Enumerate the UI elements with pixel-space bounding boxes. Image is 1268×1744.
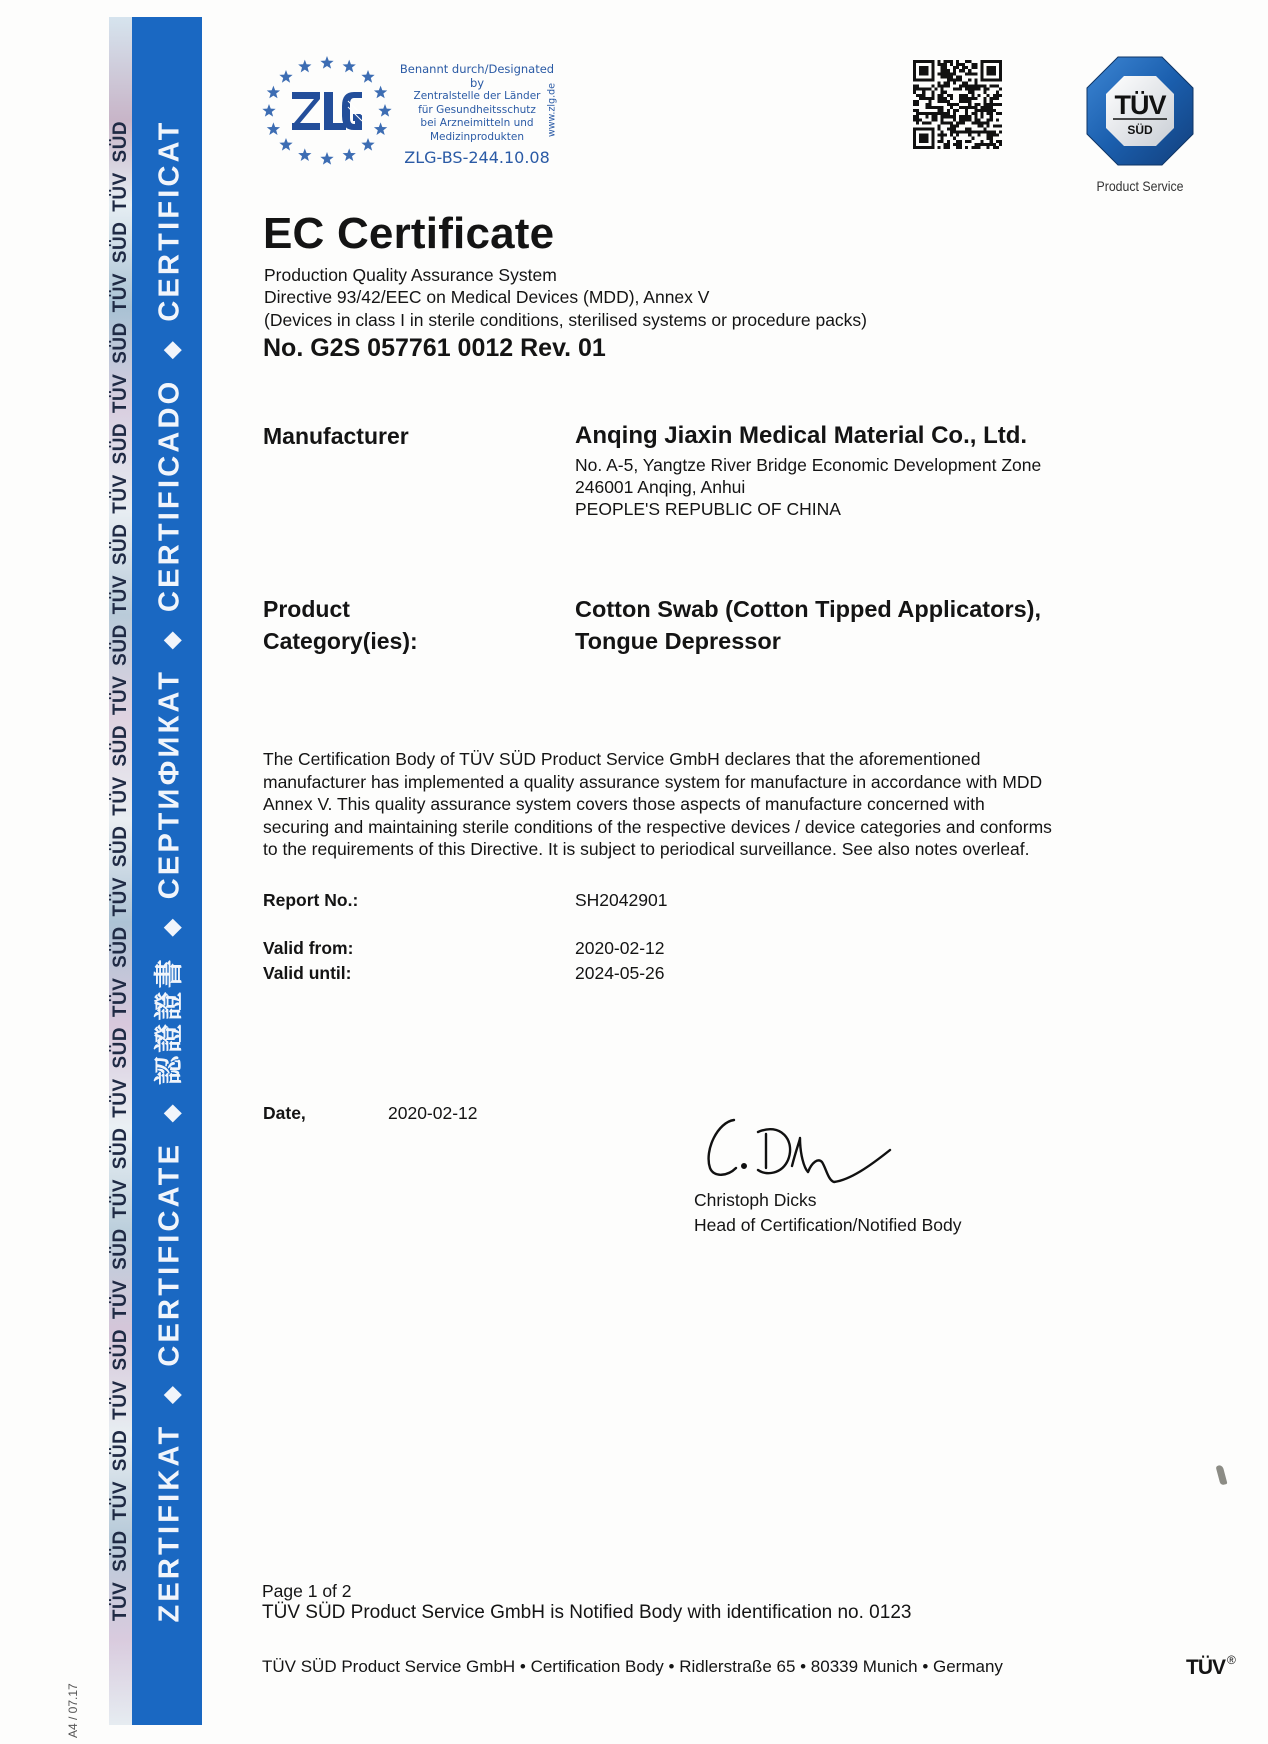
declaration-line: The Certification Body of TÜV SÜD Produc… xyxy=(263,748,1168,771)
report-number-value: SH2042901 xyxy=(575,890,667,911)
registered-icon: ® xyxy=(1227,1653,1235,1667)
manufacturer-name: Anqing Jiaxin Medical Material Co., Ltd. xyxy=(575,420,1027,452)
product-value: Cotton Swab (Cotton Tipped Applicators), xyxy=(575,593,1041,625)
product-value: Tongue Depressor xyxy=(575,625,781,657)
page-indicator: Page 1 of 2 xyxy=(262,1581,352,1602)
tuv-mark-text: TÜV xyxy=(1186,1656,1225,1679)
signatory-name: Christoph Dicks xyxy=(694,1188,962,1213)
certificate-subtitle: Production Quality Assurance System xyxy=(264,264,557,287)
declaration-line: to the requirements of this Directive. I… xyxy=(263,838,1168,861)
certificate-subtitle: Directive 93/42/EEC on Medical Devices (… xyxy=(264,286,709,309)
manufacturer-address-line: PEOPLE'S REPUBLIC OF CHINA xyxy=(575,498,841,521)
issuer-address: TÜV SÜD Product Service GmbH • Certifica… xyxy=(262,1657,1003,1677)
date-value: 2020-02-12 xyxy=(388,1103,478,1124)
svg-text:SÜD: SÜD xyxy=(1127,122,1153,137)
zlg-designated-by: Benannt durch/Designated by xyxy=(392,62,562,90)
certificate-band: ZERTIFIKAT◆CERTIFICATE◆認證證書◆СЕРТИФИКАТ◆C… xyxy=(132,17,202,1725)
certificate-subtitle: (Devices in class I in sterile condition… xyxy=(264,309,867,332)
form-code-text: A4 / 07.17 xyxy=(66,1683,80,1738)
zlg-org-line: Zentralstelle der Länder xyxy=(392,90,562,104)
valid-from-label: Valid from: xyxy=(263,938,353,959)
zlg-code: ZLG-BS-244.10.08 xyxy=(392,148,562,167)
notified-body-statement: TÜV SÜD Product Service GmbH is Notified… xyxy=(262,1602,911,1624)
manufacturer-address-line: No. A-5, Yangtze River Bridge Economic D… xyxy=(575,454,1041,477)
manufacturer-label: Manufacturer xyxy=(263,420,409,452)
svg-text:TÜV: TÜV xyxy=(1115,90,1167,120)
tuv-sud-logo-icon: TÜV SÜD xyxy=(1086,56,1194,166)
hologram-text: TÜV SÜD TÜV SÜD TÜV SÜD TÜV SÜD TÜV SÜD … xyxy=(110,121,132,1621)
declaration-line: securing and maintaining sterile conditi… xyxy=(263,816,1168,839)
valid-until-label: Valid until: xyxy=(263,963,351,984)
tuv-caption: Product Service xyxy=(1078,178,1201,194)
manufacturer-address-line: 246001 Anqing, Anhui xyxy=(575,476,745,499)
declaration-line: Annex V. This quality assurance system c… xyxy=(263,793,1168,816)
zlg-org-line: Medizinprodukten xyxy=(392,131,562,145)
signatory-role: Head of Certification/Notified Body xyxy=(694,1213,962,1238)
tuv-trademark: TÜV® xyxy=(1186,1653,1235,1680)
zlg-url: www.zlg.de xyxy=(547,83,558,137)
product-label: Category(ies): xyxy=(263,625,418,657)
signatory: Christoph Dicks Head of Certification/No… xyxy=(694,1188,962,1238)
qr-code-icon[interactable] xyxy=(913,59,1002,150)
certificate-band-text: ZERTIFIKAT◆CERTIFICATE◆認證證書◆СЕРТИФИКАТ◆C… xyxy=(147,119,188,1622)
report-number-label: Report No.: xyxy=(263,890,358,911)
valid-until-value: 2024-05-26 xyxy=(575,963,665,984)
certificate-number: No. G2S 057761 0012 Rev. 01 xyxy=(263,334,606,363)
date-label: Date, xyxy=(263,1103,306,1124)
declaration-paragraph: The Certification Body of TÜV SÜD Produc… xyxy=(263,748,1168,861)
hologram-strip: TÜV SÜD TÜV SÜD TÜV SÜD TÜV SÜD TÜV SÜD … xyxy=(109,17,132,1725)
zlg-org-line: bei Arzneimitteln und xyxy=(392,117,562,131)
declaration-line: manufacturer has implemented a quality a… xyxy=(263,771,1168,794)
certificate-title: EC Certificate xyxy=(263,209,554,259)
zlg-org-line: für Gesundheitsschutz xyxy=(392,104,562,118)
zlg-designation: Benannt durch/Designated by Zentralstell… xyxy=(392,62,562,167)
form-code: A4 / 07.17 xyxy=(66,1678,82,1738)
valid-from-value: 2020-02-12 xyxy=(575,938,665,959)
product-label: Product xyxy=(263,593,350,625)
scan-smudge xyxy=(1216,1464,1228,1485)
zlg-logo-icon xyxy=(262,55,392,167)
